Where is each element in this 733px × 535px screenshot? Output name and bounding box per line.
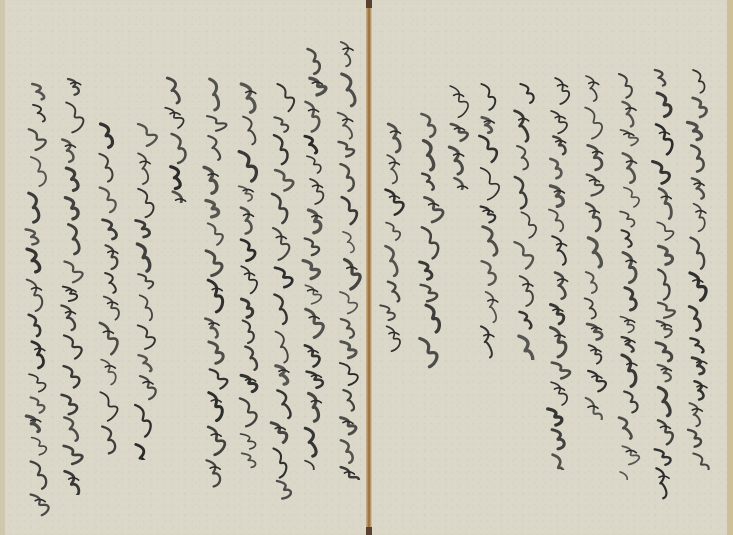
cursive-script-strokes [201,75,231,500]
cursive-script-strokes [163,74,193,203]
cursive-script-strokes [235,80,265,480]
left-column-2: Left page column 2 [300,45,330,470]
cursive-script-strokes [300,45,330,470]
right-column-3: Right page column 3 [615,70,645,480]
cursive-script-strokes [581,72,611,420]
right-column-2: Right page column 2 [650,66,680,500]
cursive-script-strokes [545,74,575,470]
left-column-8: Left page column 8 [95,120,125,460]
left-column-6: Left page column 6 [163,74,193,203]
cursive-script-strokes [476,80,506,360]
right-column-6: Right page column 6 [511,80,541,360]
cursive-script-strokes [446,82,476,190]
manuscript-spread: Right page column 1Right page column 2Ri… [0,0,733,535]
left-column-1: Left page column 1 [335,38,365,480]
cursive-script-strokes [511,80,541,360]
right-column-8: Right page column 8 [446,82,476,190]
left-column-9: Left page column 9 [58,75,88,495]
cursive-script-strokes [685,66,715,470]
cursive-script-strokes [58,75,88,495]
cursive-script-strokes [95,120,125,460]
cursive-script-strokes [615,70,645,480]
right-column-1: Right page column 1 [685,66,715,470]
right-column-10: Right page column 10 [378,120,408,360]
left-column-4: Left page column 4 [235,80,265,480]
right-column-9: Right page column 9 [417,110,447,380]
text-columns: Right page column 1Right page column 2Ri… [0,0,733,535]
cursive-script-strokes [268,80,298,500]
right-column-7: Right page column 7 [476,80,506,360]
cursive-script-strokes [417,110,447,380]
cursive-script-strokes [130,120,160,460]
left-column-5: Left page column 5 [201,75,231,500]
left-column-7: Left page column 7 [130,120,160,460]
left-column-3: Left page column 3 [268,80,298,500]
left-column-10: Left page column 10 [23,80,53,520]
right-column-5: Right page column 5 [545,74,575,470]
cursive-script-strokes [335,38,365,480]
right-column-4: Right page column 4 [581,72,611,420]
cursive-script-strokes [23,80,53,520]
cursive-script-strokes [378,120,408,360]
cursive-script-strokes [650,66,680,500]
